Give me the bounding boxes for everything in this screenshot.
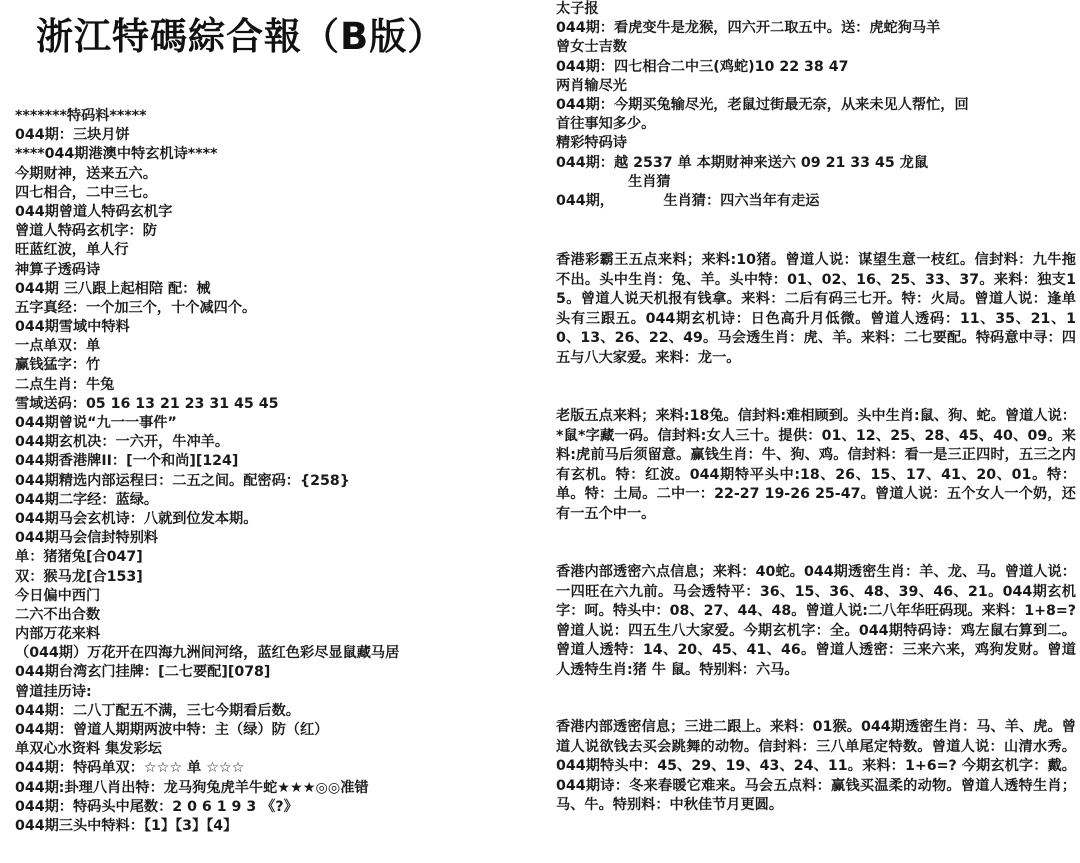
text-line: 五字真经：一个加三个，十个减四个。 bbox=[15, 299, 535, 318]
text-line: 044期玄机决：一六开，牛冲羊。 bbox=[15, 433, 535, 452]
section-header: 生肖猜 bbox=[556, 173, 1076, 192]
text-line: 044期曾道人特码玄机字 bbox=[15, 203, 535, 222]
paragraph-hk-neibu-six: 香港内部透密六点信息；来料：40蛇。044期透密生肖：羊、龙、马。曾道人说：一四… bbox=[556, 563, 1076, 681]
paragraph-hk-caiba: 香港彩霸王五点来料；来料:10猪。曾道人说：谋望生意一枝红。信封料：九牛拖不出。… bbox=[556, 251, 1076, 369]
text-line: 044期：二八丁配五不满，三七今期看后数。 bbox=[15, 702, 535, 721]
text-line: 双：猴马龙[合153] bbox=[15, 568, 535, 587]
text-line: 044期：看虎变牛是龙猴，四六开二取五中。送：虎蛇狗马羊 bbox=[556, 19, 1076, 38]
text-line: 044期精选内部运程曰：二五之间。配密码：{258} bbox=[15, 472, 535, 491]
text-line: 044期香港牌II：[一个和尚][124] bbox=[15, 452, 535, 471]
text-line: 044期 三八跟上起相陪 配：械 bbox=[15, 280, 535, 299]
text-line: 曾道人特码玄机字：防 bbox=[15, 222, 535, 241]
text-line: 今日偏中西门 bbox=[15, 587, 535, 606]
text-line: 044期台湾玄门挂牌：[二七要配][078] bbox=[15, 663, 535, 682]
section-header: 精彩特码诗 bbox=[556, 134, 1076, 153]
text-line: 四七相合，二中三七。 bbox=[15, 184, 535, 203]
section-header: ****044期港澳中特玄机诗**** bbox=[15, 145, 535, 164]
text-line: 首往事知多少。 bbox=[556, 115, 1076, 134]
section-header: *******特码料***** bbox=[15, 107, 535, 126]
text-line: 一点单双：单 bbox=[15, 337, 535, 356]
section-header: 太子报 bbox=[556, 0, 1076, 19]
left-lines: *******特码料***** 044期：三块月饼 ****044期港澳中特玄机… bbox=[15, 107, 535, 836]
text-line: 044期：三块月饼 bbox=[15, 126, 535, 145]
section-header: 曾女士吉数 bbox=[556, 38, 1076, 57]
right-top-lines: 太子报 044期：看虎变牛是龙猴，四六开二取五中。送：虎蛇狗马羊 曾女士吉数 0… bbox=[556, 0, 1076, 211]
text-line: 044期：曾道人期期两波中特：主（绿）防（红） bbox=[15, 721, 535, 740]
text-line: （044期）万花开在四海九洲间河络，蓝红色彩尽显鼠藏马居 bbox=[15, 644, 535, 663]
text-line: 神算子透码诗 bbox=[15, 261, 535, 280]
paragraph-hk-neibu: 香港内部透密信息；三进二跟上。来料：01猴。044期透密生肖：马、羊、虎。曾道人… bbox=[556, 718, 1076, 816]
page-title: 浙江特碼綜合報（B版） bbox=[36, 6, 445, 60]
text-line: 044期曾说“九一一事件” bbox=[15, 414, 535, 433]
text-line: 044期：四七相合二中三(鸡蛇)10 22 38 47 bbox=[556, 58, 1076, 77]
text-line: 旺蓝红波，单人行 bbox=[15, 241, 535, 260]
text-line: 赢钱猛字：竹 bbox=[15, 356, 535, 375]
text-line: 044期：越 2537 单 本期财神来送六 09 21 33 45 龙鼠 bbox=[556, 154, 1076, 173]
text-line: 044期二字经：蓝绿。 bbox=[15, 491, 535, 510]
text-line: 曾道挂历诗: bbox=[15, 683, 535, 702]
text-line: 单：猪猪兔[合047] bbox=[15, 548, 535, 567]
text-line: 二六不出合数 bbox=[15, 606, 535, 625]
text-line: 044期：特码头中尾数：2 0 6 1 9 3 《?》 bbox=[15, 798, 535, 817]
text-line: 044期三头中特料：【1】【3】【4】 bbox=[15, 817, 535, 836]
text-line: 044期马会玄机诗：八就到位发本期。 bbox=[15, 510, 535, 529]
text-line: 044期：特码单双：☆☆☆ 单 ☆☆☆ bbox=[15, 759, 535, 778]
text-line: 单双心水资料 集发彩坛 bbox=[15, 740, 535, 759]
text-line: 044期：今期买兔输尽光，老鼠过街最无奈，从来未见人帮忙，回 bbox=[556, 96, 1076, 115]
text-line: 雪域送码：05 16 13 21 23 31 45 45 bbox=[15, 395, 535, 414]
paragraph-laoban: 老版五点来料；来料:18兔。信封料:难相顾到。头中生肖:鼠、狗、蛇。曾道人说：*… bbox=[556, 407, 1076, 525]
text-line: 内部万花来料 bbox=[15, 625, 535, 644]
text-line: 今期财神，送来五六。 bbox=[15, 165, 535, 184]
text-line: 044期:卦理八肖出特：龙马狗兔虎羊牛蛇★★★◎◎准错 bbox=[15, 779, 535, 798]
text-line: 044期马会信封特别料 bbox=[15, 529, 535, 548]
text-line: 二点生肖：牛兔 bbox=[15, 376, 535, 395]
text-line: 044期雪域中特料 bbox=[15, 318, 535, 337]
section-header: 两肖输尽光 bbox=[556, 77, 1076, 96]
text-line: 044期， 生肖猜：四六当年有走运 bbox=[556, 192, 1076, 211]
